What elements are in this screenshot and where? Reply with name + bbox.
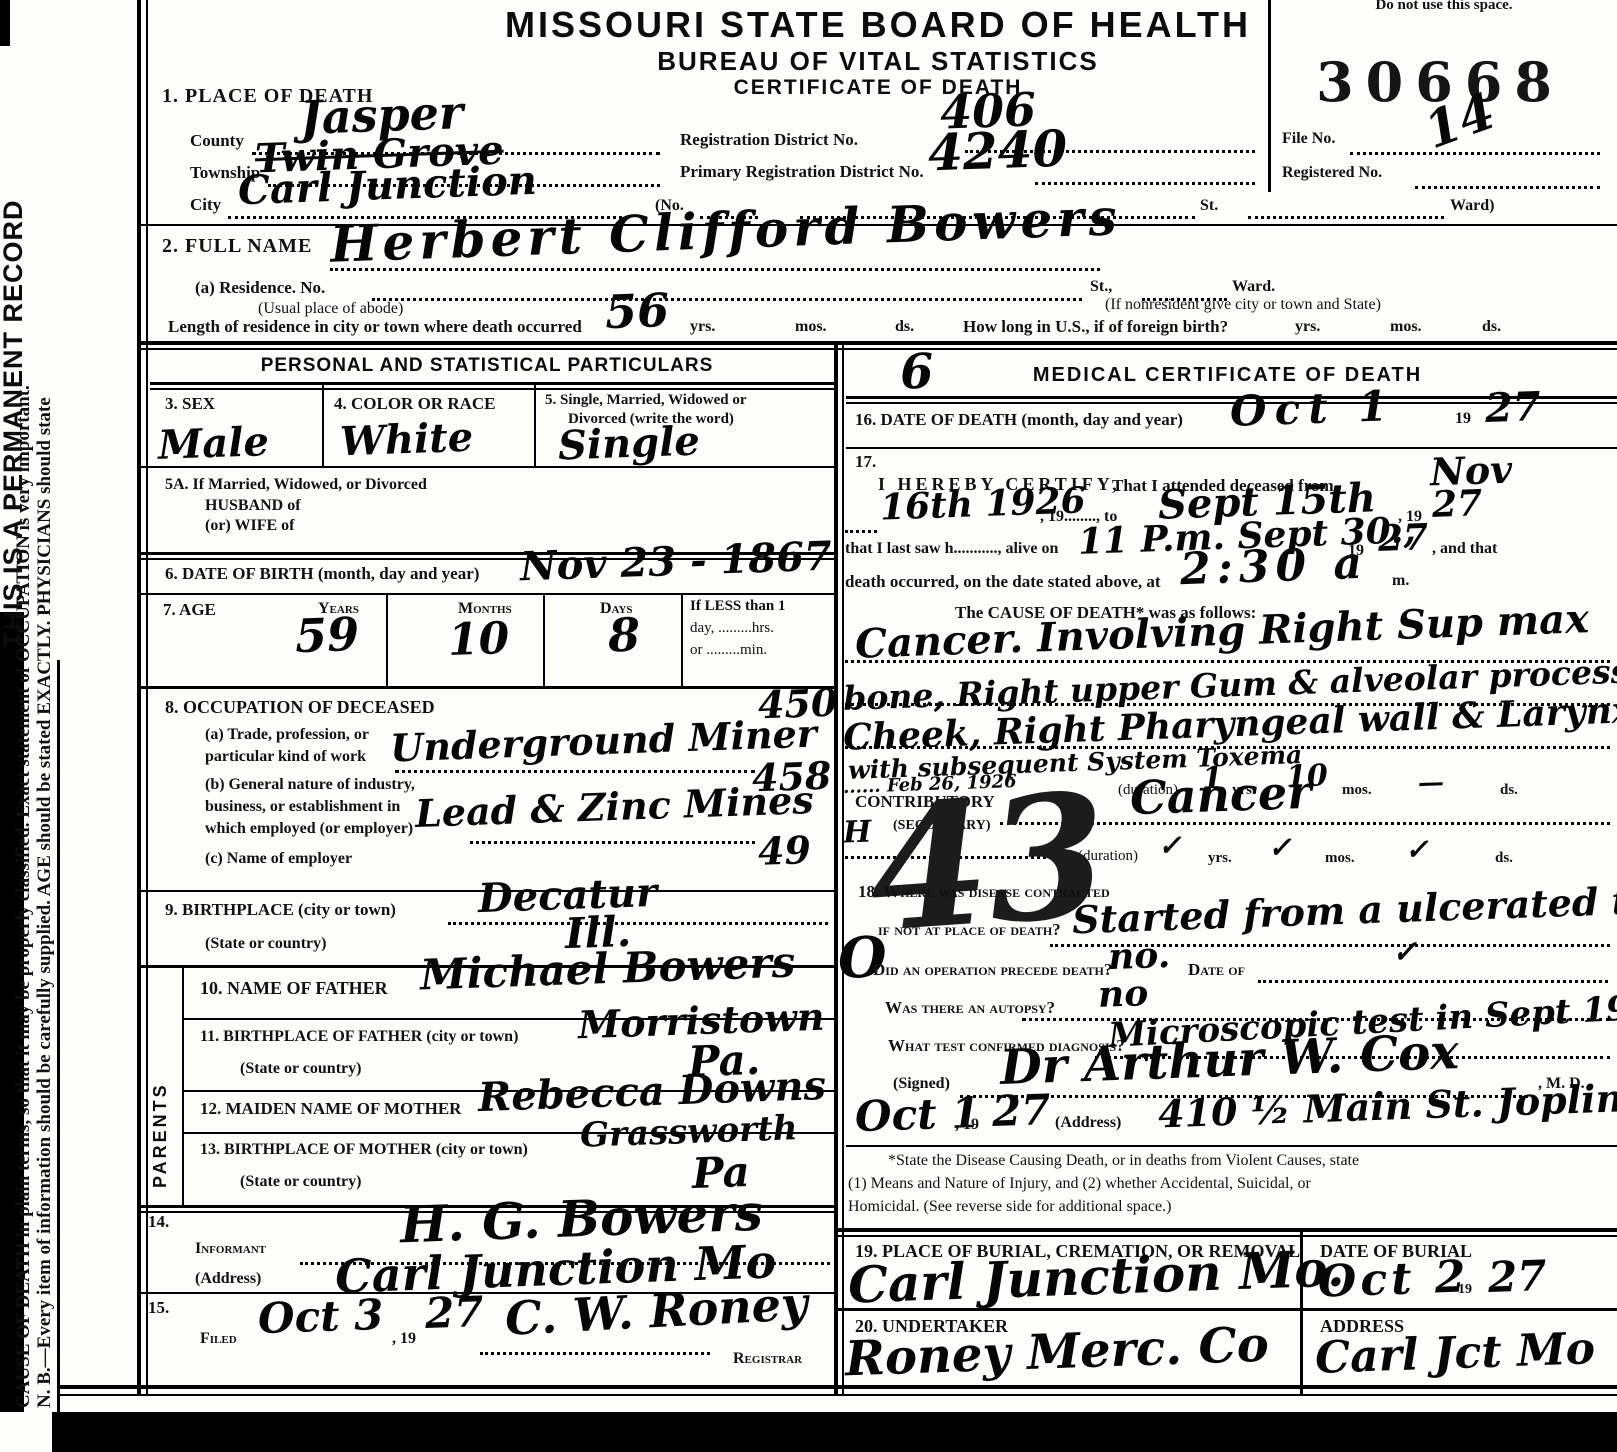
trade-label2: particular kind of work	[205, 748, 366, 766]
filed-date-value: Oct 3	[257, 1294, 384, 1340]
last-saw-label: that I last saw h..........., alive on	[845, 540, 1058, 558]
divider	[137, 0, 141, 1395]
dotted-line	[845, 530, 877, 533]
date-of-birth-label: 6. DATE OF BIRTH (month, day and year)	[165, 564, 479, 584]
code-49: 49	[757, 831, 811, 871]
mother-birthplace-value: Grassworth	[579, 1111, 798, 1153]
yrs-label: yrs.	[1208, 850, 1232, 867]
primary-registration-district-label: Primary Registration District No.	[680, 162, 924, 182]
time-of-death-value: 2:30 a	[1179, 542, 1368, 593]
dotted-line	[1248, 216, 1444, 219]
date-of-death-year: 27	[1484, 387, 1541, 429]
place-of-burial-value: Carl Junction Mo.	[847, 1243, 1345, 1310]
divider	[146, 0, 148, 1395]
state-country-label: (State or country)	[240, 1173, 361, 1191]
attended-to-year: 27	[1431, 485, 1482, 523]
scan-bottom-bar	[52, 1412, 1617, 1452]
filed-century-label: , 19	[392, 1330, 416, 1348]
mos-label: mos.	[1390, 318, 1422, 336]
death-certificate-page: THIS IS A PERMANENT RECORD N. B.—Every i…	[0, 0, 1617, 1452]
length-of-residence-value: 56	[604, 287, 670, 335]
date-of-label: Date of	[1188, 960, 1245, 980]
date-of-burial-value: Oct 2	[1317, 1255, 1470, 1304]
margin-mark-h: H	[842, 818, 871, 849]
checkmark: ✓	[1391, 938, 1417, 969]
duration-days-dash: —	[1418, 770, 1445, 797]
footnote-line1: *State the Disease Causing Death, or in …	[888, 1152, 1359, 1170]
industry-label2: business, or establishment in	[205, 798, 400, 816]
industry-label1: (b) General nature of industry,	[205, 776, 415, 794]
dotted-line	[1415, 186, 1600, 189]
registrar-signature: C. W. Roney	[504, 1280, 809, 1342]
full-name-title: 2. FULL NAME	[162, 235, 312, 258]
how-long-us-label: How long in U.S., if of foreign birth?	[963, 317, 1228, 337]
street-label: St.	[1200, 197, 1218, 215]
divider	[140, 686, 834, 689]
form-title: MISSOURI STATE BOARD OF HEALTH	[378, 4, 1378, 46]
code-458: 458	[751, 757, 832, 798]
date-of-death-label: 16. DATE OF DEATH (month, day and year)	[855, 410, 1183, 430]
father-name-value: Michael Bowers	[419, 941, 795, 996]
code-450: 450	[757, 684, 838, 725]
sex-value: Male	[157, 422, 269, 466]
dotted-line	[1258, 980, 1608, 983]
father-birthplace-label: 11. BIRTHPLACE OF FATHER (city or town)	[200, 1028, 518, 1046]
last-saw-year: 27	[1377, 519, 1428, 557]
dotted-line	[395, 770, 755, 773]
form-subtitle: BUREAU OF VITAL STATISTICS	[378, 46, 1378, 77]
divider	[681, 595, 683, 686]
primary-registration-district-value: 4240	[927, 124, 1068, 179]
residence-label: (a) Residence. No.	[195, 278, 325, 298]
divider	[60, 1385, 1617, 1389]
footnote-line3: Homicidal. (See reverse side for additio…	[848, 1198, 1171, 1216]
century-label: 19	[1455, 410, 1471, 428]
age-months-value: 10	[447, 617, 510, 663]
mother-maiden-name-label: 12. MAIDEN NAME OF MOTHER	[200, 1099, 461, 1119]
death-occurred-label: death occurred, on the date stated above…	[845, 572, 1161, 592]
husband-of-label: HUSBAND of	[205, 497, 301, 515]
item-15-label: 15.	[148, 1298, 169, 1318]
city-label: City	[190, 195, 221, 215]
dotted-line	[372, 298, 1082, 301]
signed-year-value: 27	[991, 1089, 1051, 1133]
trade-label1: (a) Trade, profession, or	[205, 726, 369, 744]
filed-label: Filed	[200, 1330, 237, 1348]
dotted-line	[480, 1352, 710, 1355]
length-of-residence-label: Length of residence in city or town wher…	[168, 317, 582, 337]
ds-label: ds.	[1495, 850, 1513, 867]
divider	[534, 385, 536, 466]
and-that-label: , and that	[1432, 540, 1497, 558]
wife-of-label: (or) WIFE of	[205, 517, 294, 535]
undertaker-value: Roney Merc. Co	[844, 1321, 1269, 1384]
residence-ward-label: Ward.	[1232, 278, 1275, 296]
dotted-line	[470, 841, 755, 844]
where-contracted-value: Started from a ulcerated tooth	[1072, 879, 1617, 940]
divider	[386, 595, 388, 686]
autopsy-value: no	[1097, 975, 1148, 1013]
residence-street-label: St.,	[1090, 278, 1112, 296]
divider	[140, 466, 834, 468]
divider	[322, 385, 324, 466]
contributory-value: Cancer	[1129, 769, 1312, 821]
if-married-label: 5A. If Married, Widowed, or Divorced	[165, 476, 427, 494]
form-subtitle2: CERTIFICATE OF DEATH	[378, 76, 1378, 100]
mos-label: mos.	[1342, 782, 1372, 799]
mother-birthplace-label: 13. BIRTHPLACE OF MOTHER (city or town)	[200, 1141, 528, 1159]
date-of-death-value: Oct 1	[1229, 385, 1396, 433]
occupation-label: 8. OCCUPATION OF DECEASED	[165, 697, 435, 718]
checkmark: ✓	[1268, 834, 1292, 863]
mos-label: mos.	[795, 318, 827, 336]
birthplace-label: 9. BIRTHPLACE (city or town)	[165, 900, 396, 920]
century-label: 19	[1458, 1282, 1472, 1298]
divider	[838, 1235, 1617, 1237]
checkmark: ✓	[1405, 836, 1429, 865]
footnote-line2: (1) Means and Nature of Injury, and (2) …	[848, 1175, 1311, 1193]
filed-year-value: 27	[424, 1291, 484, 1335]
item-17-label: 17.	[855, 452, 876, 472]
file-no-label: File No.	[1282, 130, 1335, 148]
physician-address-label: (Address)	[1055, 1114, 1121, 1132]
age-days-value: 8	[607, 611, 641, 658]
informant-address-label: (Address)	[195, 1270, 261, 1288]
checkmark: ✓	[1158, 832, 1182, 861]
city-value: Carl Junction	[237, 161, 537, 211]
state-country-label: (State or country)	[205, 935, 326, 953]
margin-note-line1: N. B.—Every item of information should b…	[34, 397, 56, 1408]
industry-label3: which employed (or employer)	[205, 820, 413, 838]
abode-label: (Usual place of abode)	[258, 300, 403, 318]
operation-value: no.	[1107, 937, 1170, 975]
age-years-value: 59	[294, 611, 360, 659]
divider	[846, 1145, 1617, 1147]
divider	[838, 1228, 1617, 1232]
ward-label: Ward)	[1450, 197, 1494, 215]
if-not-at-place-label: if not at place of death?	[878, 920, 1061, 940]
operation-label: Did an operation precede death?	[873, 960, 1112, 980]
divider	[543, 595, 545, 686]
mos-label: mos.	[1325, 850, 1355, 867]
yrs-label: yrs.	[690, 318, 715, 336]
informant-label: Informant	[195, 1240, 266, 1258]
if-less-min-label: or .........min.	[690, 642, 767, 659]
item-14-label: 14.	[148, 1212, 169, 1232]
ds-label: ds.	[895, 318, 914, 336]
county-label: County	[190, 131, 244, 151]
marital-label: 5. Single, Married, Widowed or	[545, 392, 747, 409]
divider	[140, 341, 1617, 345]
ds-label: ds.	[1482, 318, 1501, 336]
divider	[140, 593, 834, 595]
age-label: 7. AGE	[163, 600, 216, 620]
divider	[182, 965, 184, 1207]
nonresident-note: (If nonresident give city or town and St…	[1105, 296, 1381, 314]
personal-section-title: PERSONAL AND STATISTICAL PARTICULARS	[140, 355, 834, 377]
do-not-use-label: Do not use this space.	[1271, 0, 1617, 14]
divider	[150, 388, 834, 390]
century-label: , 19	[955, 1116, 979, 1134]
if-less-hrs-label: day, .........hrs.	[690, 620, 774, 637]
father-name-label: 10. NAME OF FATHER	[200, 978, 388, 999]
autopsy-label: Was there an autopsy?	[885, 998, 1055, 1018]
undertaker-address-value: Carl Jct Mo	[1314, 1327, 1595, 1381]
margin-note-line2: CAUSE OF DEATH in plain terms, so that i…	[13, 385, 35, 1408]
divider	[140, 348, 1617, 350]
color-race-value: White	[339, 418, 473, 463]
scan-edge	[0, 0, 10, 46]
registration-district-label: Registration District No.	[680, 130, 858, 150]
yrs-label: yrs.	[1295, 318, 1320, 336]
scan-edge-line	[57, 660, 60, 1452]
employer-label: (c) Name of employer	[205, 850, 352, 868]
dotted-line	[448, 922, 828, 925]
parents-vertical-label: PARENTS	[150, 1082, 171, 1188]
meridiem-label: m.	[1392, 572, 1409, 590]
registered-no-label: Registered No.	[1282, 164, 1382, 182]
if-less-label: If LESS than 1	[690, 598, 785, 615]
marital-value: Single	[557, 422, 700, 467]
ds-label: ds.	[1500, 782, 1518, 799]
date-of-birth-value: Nov 23 - 1867	[519, 537, 832, 588]
registrar-label: Registrar	[733, 1350, 802, 1368]
state-country-label: (State or country)	[240, 1060, 361, 1078]
color-race-label: 4. COLOR OR RACE	[334, 394, 496, 414]
date-of-burial-year: 27	[1487, 1255, 1547, 1299]
divider	[150, 382, 834, 385]
dotted-line	[1035, 182, 1255, 185]
divider	[60, 1394, 1617, 1396]
sex-label: 3. SEX	[165, 394, 215, 414]
dotted-line	[1350, 152, 1600, 155]
